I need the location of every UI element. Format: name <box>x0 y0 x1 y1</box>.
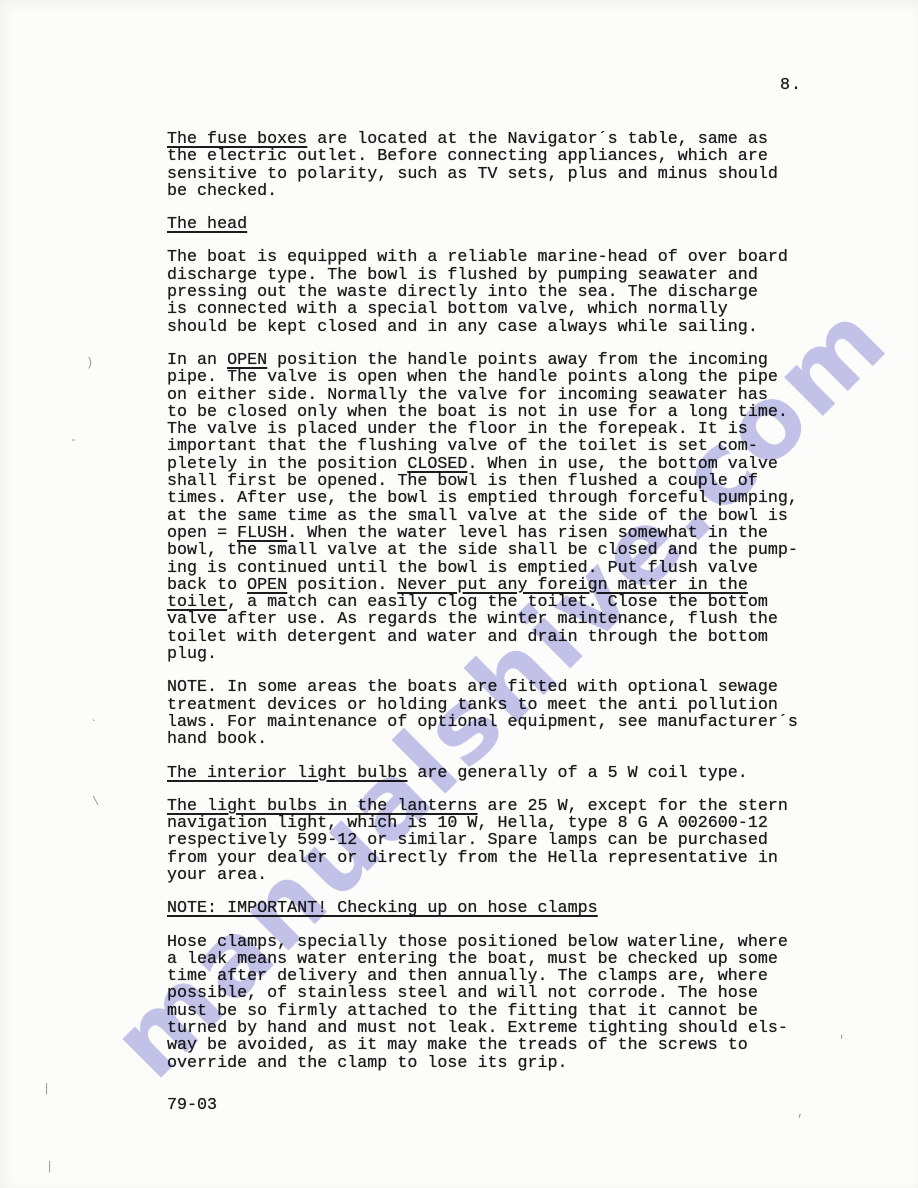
paragraph: Hose clamps, specially those positioned … <box>167 934 847 1072</box>
text-line: bowl, the small valve at the side shall … <box>167 542 847 559</box>
page-number: 8. <box>780 76 802 95</box>
scan-artifact: ) <box>86 356 93 370</box>
text-line: In an OPEN position the handle points aw… <box>167 352 847 369</box>
text-line: ing is continued until the bowl is empti… <box>167 560 847 577</box>
text-line: valve after use. As regards the winter m… <box>167 611 847 628</box>
text-line: The interior light bulbs are generally o… <box>167 765 847 782</box>
scan-artifact: ` <box>90 718 97 732</box>
document-body: The fuse boxes are located at the Naviga… <box>167 131 847 1088</box>
text-line: pressing out the waste directly into the… <box>167 284 847 301</box>
scan-artifact: - <box>70 433 77 447</box>
text-line: times. After use, the bowl is emptied th… <box>167 490 847 507</box>
text-line: The light bulbs in the lanterns are 25 W… <box>167 798 847 815</box>
text-line: pipe. The valve is open when the handle … <box>167 369 847 386</box>
paragraph: In an OPEN position the handle points aw… <box>167 352 847 663</box>
text-line: should be kept closed and in any case al… <box>167 319 847 336</box>
paragraph: The boat is equipped with a reliable mar… <box>167 249 847 335</box>
text-line: discharge type. The bowl is flushed by p… <box>167 267 847 284</box>
text-line: treatment devices or holding tanks to me… <box>167 697 847 714</box>
scan-artifact: | <box>46 1160 53 1174</box>
text-line: Hose clamps, specially those positioned … <box>167 934 847 951</box>
scan-artifact: | <box>43 1082 50 1096</box>
text-line: from your dealer or directly from the He… <box>167 850 847 867</box>
text-line: toilet with detergent and water and drai… <box>167 629 847 646</box>
text-line: respectively 599-12 or similar. Spare la… <box>167 832 847 849</box>
paragraph: The light bulbs in the lanterns are 25 W… <box>167 798 847 884</box>
text-line: NOTE. In some areas the boats are fitted… <box>167 679 847 696</box>
text-line: NOTE: IMPORTANT! Checking up on hose cla… <box>167 900 847 917</box>
text-line: turned by hand and must not leak. Extrem… <box>167 1020 847 1037</box>
document-page: manualshive.com 8. The fuse boxes are lo… <box>0 0 918 1188</box>
text-line: laws. For maintenance of optional equipm… <box>167 714 847 731</box>
footer-code: 79-03 <box>167 1096 217 1115</box>
scan-artifact: \ <box>92 795 99 809</box>
text-line: the electric outlet. Before connecting a… <box>167 148 847 165</box>
text-line: override and the clamp to lose its grip. <box>167 1055 847 1072</box>
text-line: possible, of stainless steel and will no… <box>167 985 847 1002</box>
text-line: navigation light, which is 10 W, Hella, … <box>167 815 847 832</box>
text-line: sensitive to polarity, such as TV sets, … <box>167 166 847 183</box>
text-line: back to OPEN position. Never put any for… <box>167 577 847 594</box>
text-line: The fuse boxes are located at the Naviga… <box>167 131 847 148</box>
text-line: The boat is equipped with a reliable mar… <box>167 249 847 266</box>
text-line: a leak means water entering the boat, mu… <box>167 951 847 968</box>
text-line: plug. <box>167 646 847 663</box>
section-heading: The head <box>167 216 847 233</box>
text-line: The valve is placed under the floor in t… <box>167 421 847 438</box>
text-line: must be so firmly attached to the fittin… <box>167 1003 847 1020</box>
text-line: to be closed only when the boat is not i… <box>167 404 847 421</box>
text-line: way be avoided, as it may make the tread… <box>167 1037 847 1054</box>
scan-artifact: , <box>797 1106 804 1120</box>
paragraph: NOTE. In some areas the boats are fitted… <box>167 679 847 748</box>
text-line: time after delivery and then annually. T… <box>167 968 847 985</box>
text-line: on either side. Normally the valve for i… <box>167 387 847 404</box>
text-line: your area. <box>167 867 847 884</box>
text-line: hand book. <box>167 731 847 748</box>
text-line: The head <box>167 216 847 233</box>
text-line: open = FLUSH. When the water level has r… <box>167 525 847 542</box>
text-line: is connected with a special bottom valve… <box>167 301 847 318</box>
paragraph: The fuse boxes are located at the Naviga… <box>167 131 847 200</box>
scan-artifact: ' <box>838 1034 845 1048</box>
text-line: shall first be opened. The bowl is then … <box>167 473 847 490</box>
text-line: toilet, a match can easily clog the toil… <box>167 594 847 611</box>
section-heading: NOTE: IMPORTANT! Checking up on hose cla… <box>167 900 847 917</box>
text-line: be checked. <box>167 183 847 200</box>
text-line: at the same time as the small valve at t… <box>167 508 847 525</box>
paragraph: The interior light bulbs are generally o… <box>167 765 847 782</box>
text-line: pletely in the position CLOSED. When in … <box>167 456 847 473</box>
text-line: important that the flushing valve of the… <box>167 438 847 455</box>
